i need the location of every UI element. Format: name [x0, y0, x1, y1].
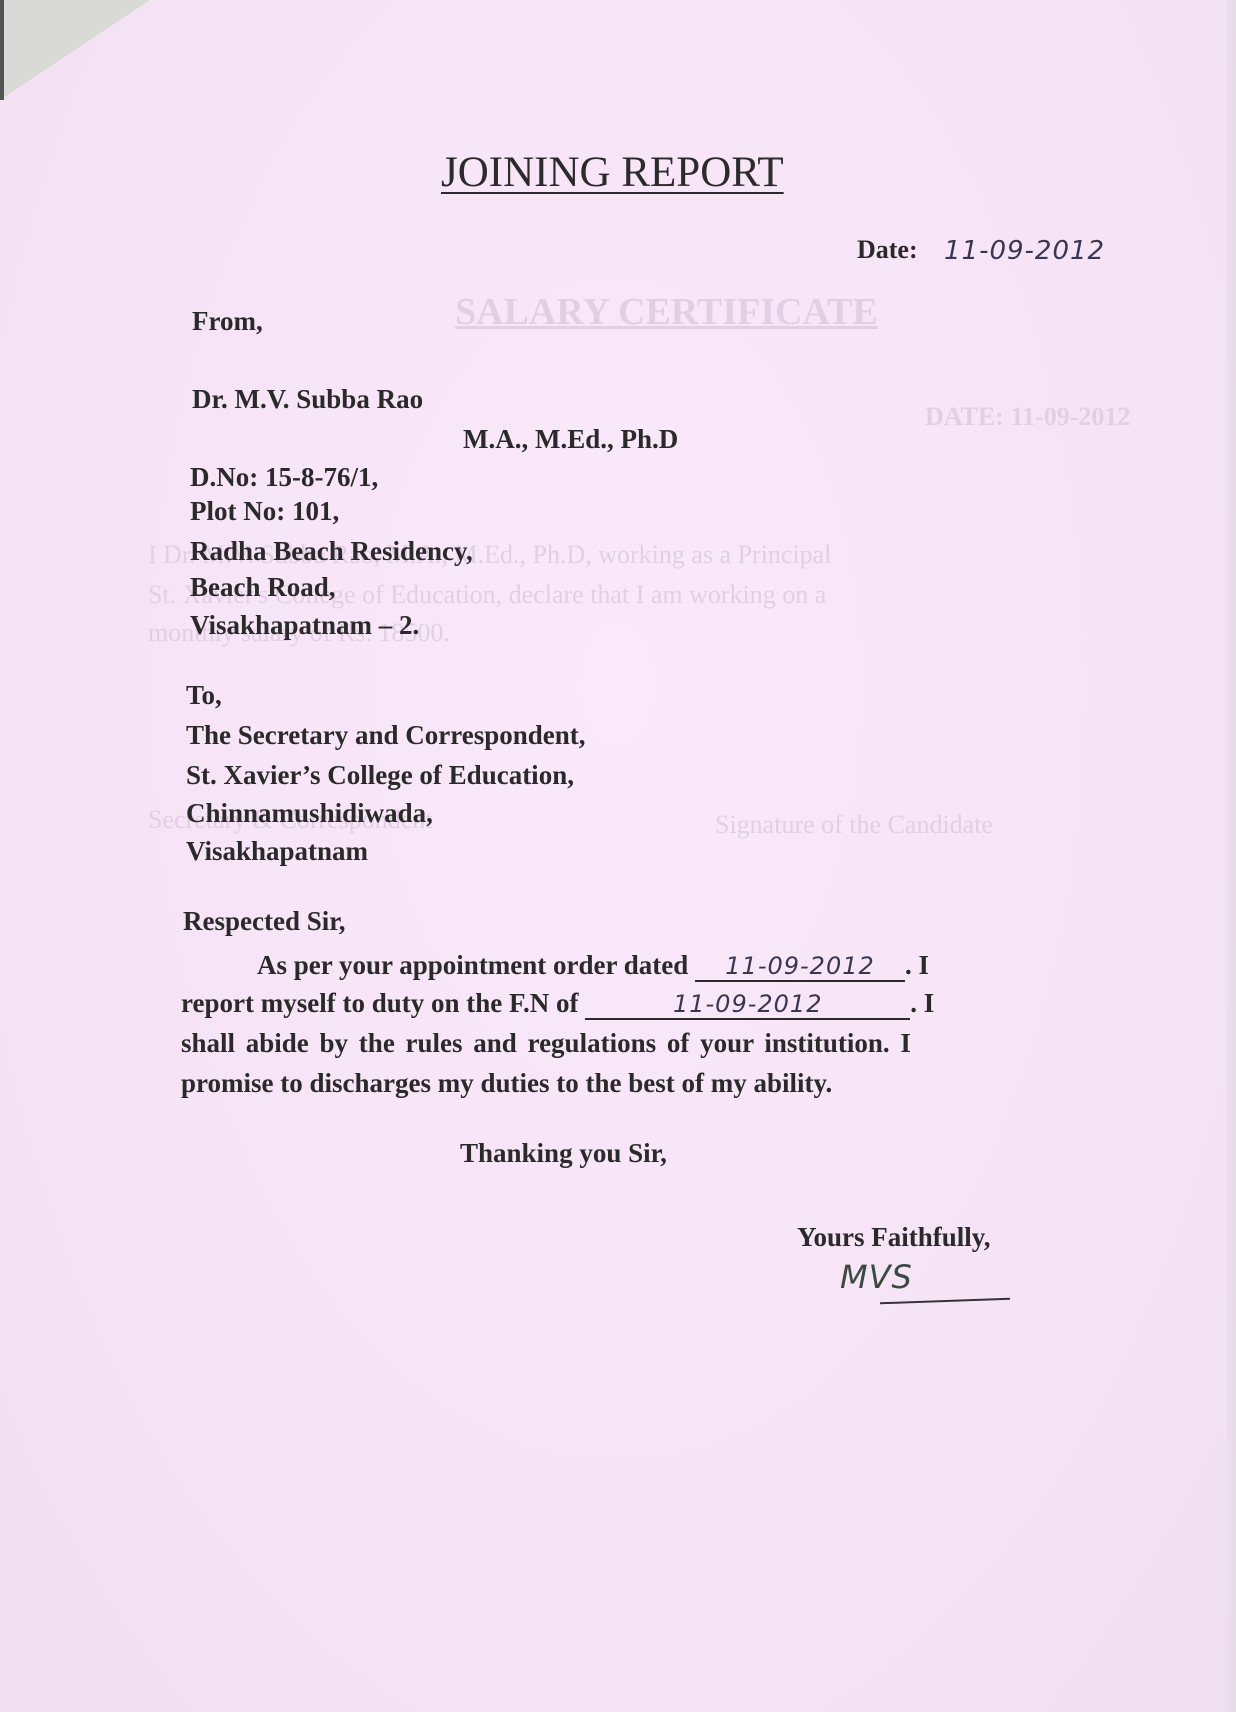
- scan-edge-shadow: [0, 0, 4, 100]
- salutation: Respected Sir,: [183, 906, 346, 937]
- recipient-line: The Secretary and Correspondent,: [186, 720, 586, 751]
- sender-address-line: Visakhapatnam – 2.: [190, 610, 419, 641]
- sender-address-line: Beach Road,: [190, 572, 336, 603]
- sender-address-line: Radha Beach Residency,: [190, 536, 473, 567]
- appointment-date-field: 11-09-2012: [695, 952, 905, 982]
- closing: Thanking you Sir,: [460, 1138, 667, 1169]
- body-line-2: report myself to duty on the F.N of 11-0…: [181, 988, 934, 1020]
- sender-qualifications: M.A., M.Ed., Ph.D: [463, 424, 678, 455]
- page-edge: [1226, 0, 1236, 1712]
- sender-address-line: D.No: 15-8-76/1,: [190, 462, 378, 493]
- body-line-1: As per your appointment order dated 11-0…: [257, 950, 929, 982]
- recipient-line: Chinnamushidiwada,: [186, 798, 433, 829]
- sender-name: Dr. M.V. Subba Rao: [192, 384, 423, 415]
- signature: MVS: [840, 1258, 913, 1296]
- sign-off: Yours Faithfully,: [797, 1222, 991, 1253]
- folded-corner: [0, 0, 150, 100]
- recipient-line: Visakhapatnam: [186, 836, 368, 867]
- body-text: As per your appointment order dated: [257, 950, 688, 980]
- joining-date-field: 11-09-2012: [585, 990, 910, 1020]
- body-text: . I: [905, 950, 929, 980]
- date-label: Date:: [857, 235, 918, 265]
- recipient-line: St. Xavier’s College of Education,: [186, 760, 574, 791]
- from-label: From,: [192, 306, 263, 337]
- date-value: 11-09-2012: [944, 236, 1105, 266]
- to-label: To,: [186, 680, 222, 711]
- body-line-3: shall abide by the rules and regulations…: [181, 1028, 911, 1059]
- body-text: report myself to duty on the F.N of: [181, 988, 578, 1018]
- body-text: . I: [910, 988, 934, 1018]
- sender-address-line: Plot No: 101,: [190, 496, 339, 527]
- page-title: JOINING REPORT: [441, 148, 784, 197]
- body-line-4: promise to discharges my duties to the b…: [181, 1068, 832, 1099]
